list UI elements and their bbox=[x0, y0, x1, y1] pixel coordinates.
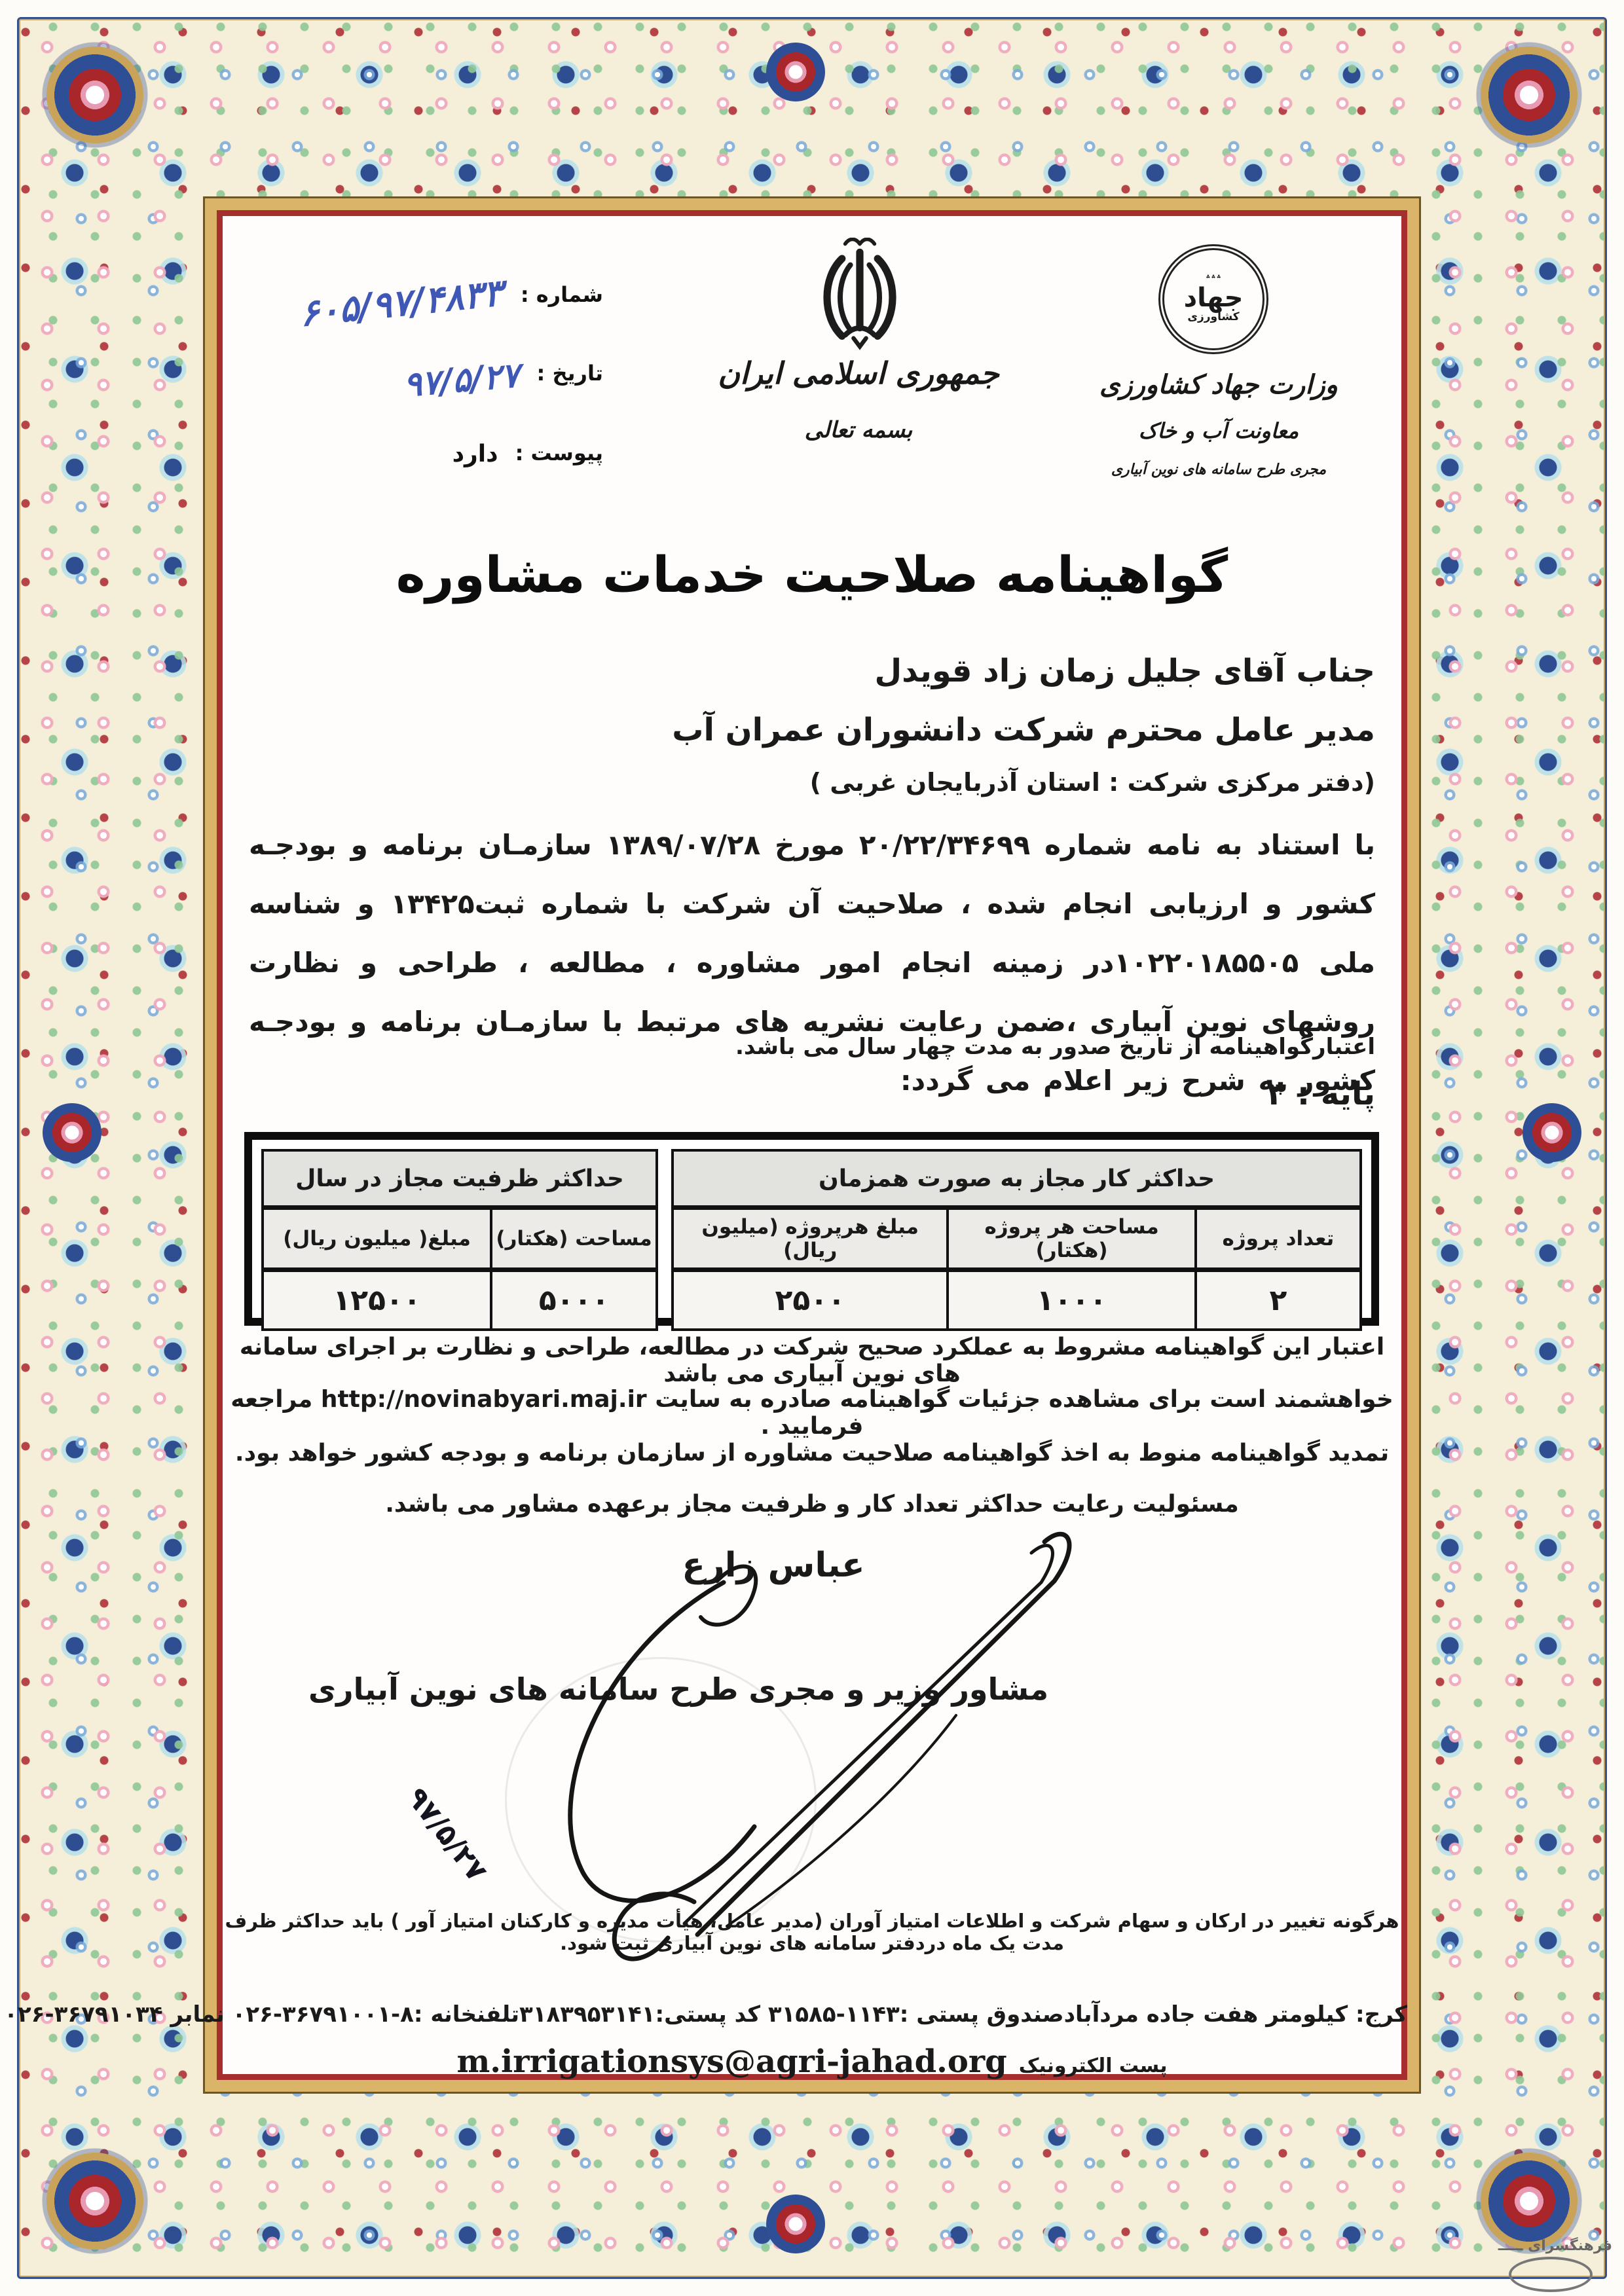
border-ornament bbox=[43, 1103, 101, 1162]
footer-address: کرج: کیلومتر هفت جاده مردآبادصندوق پستی … bbox=[217, 2001, 1407, 2028]
col-header-annual-amount: مبلغ( میلیون ریال) bbox=[263, 1208, 491, 1270]
simultaneous-work-table: حداکثر کار مجاز به صورت همزمان تعداد پرو… bbox=[671, 1149, 1362, 1331]
capacity-table: حداکثر کار مجاز به صورت همزمان تعداد پرو… bbox=[244, 1132, 1379, 1326]
note-renewal: تمدید گواهینامه منوط به اخذ گواهینامه صل… bbox=[230, 1440, 1394, 1467]
date-label: تاریخ : bbox=[537, 361, 603, 386]
seal-word-keshavarzi: کشاورزی bbox=[1187, 312, 1239, 323]
value-annual-amount: ۱۲۵۰۰ bbox=[263, 1270, 491, 1330]
border-ornament bbox=[1522, 1103, 1581, 1162]
ref-number-row: شماره : ۶۰۵/۹۷/۴۸۳۳ bbox=[236, 282, 603, 325]
note-website: خواهشمند است برای مشاهده جزئیات گواهینام… bbox=[230, 1386, 1394, 1440]
grade-line: پایه : ۳ bbox=[1267, 1076, 1375, 1112]
change-registration-footnote: هرگونه تغییر در ارکان و سهام شرکت و اطلا… bbox=[223, 1910, 1401, 1954]
certificate-page: شماره : ۶۰۵/۹۷/۴۸۳۳ تاریخ : ۹۷/۵/۲۷ پیوس… bbox=[0, 0, 1624, 2296]
value-amount-per-project: ۲۵۰۰ bbox=[673, 1270, 948, 1330]
ministry-deputy: معاونت آب و خاک bbox=[1088, 418, 1350, 443]
bismillah: بسمه تعالی bbox=[734, 417, 983, 443]
country-name: جمهوری اسلامی ایران bbox=[675, 355, 1042, 391]
border-ornament bbox=[766, 2195, 825, 2253]
ministry-name: وزارت جهاد کشاورزی bbox=[1068, 370, 1369, 400]
number-label: شماره : bbox=[521, 282, 603, 307]
col-header-project-count: تعداد پروژه bbox=[1196, 1208, 1361, 1270]
col-header-annual-area: مساحت (هکتار) bbox=[491, 1208, 657, 1270]
table-group-header-left: حداکثر ظرفیت مجاز در سال bbox=[263, 1150, 657, 1208]
border-ornament bbox=[39, 2145, 151, 2257]
col-header-amount-per-project: مبلغ هرپروژه (میلیون ریال) bbox=[673, 1208, 948, 1270]
border-ornament bbox=[766, 43, 825, 101]
printer-logo-partial bbox=[1509, 2257, 1593, 2292]
iran-emblem-icon bbox=[806, 238, 913, 353]
printer-mark: فرهنگسرای ـــــ bbox=[1481, 2238, 1612, 2292]
value-area-per-project: ۱۰۰۰ bbox=[948, 1270, 1195, 1330]
attachment-value: دارد bbox=[452, 441, 498, 467]
date-handwritten-value: ۹۷/۵/۲۷ bbox=[402, 355, 521, 405]
ministry-subline: مجری طرح سامانه های نوین آبیاری bbox=[1081, 462, 1356, 478]
seal-word-jahad: جهاد bbox=[1184, 284, 1244, 312]
attachment-label: پیوست : bbox=[515, 441, 603, 465]
signature-flourish bbox=[386, 1519, 1153, 1971]
value-annual-area: ۵۰۰۰ bbox=[491, 1270, 657, 1330]
note-validity-condition: اعتبار این گواهینامه مشروط به عملکرد صحی… bbox=[230, 1334, 1394, 1387]
footer-email-row: پست الکترونیک m.irrigationsys@agri-jahad… bbox=[217, 2043, 1407, 2080]
recipient-name: جناب آقای جلیل زمان زاد قویدل bbox=[874, 653, 1375, 689]
recipient-role: مدیر عامل محترم شرکت دانشوران عمران آب bbox=[672, 712, 1375, 748]
value-project-count: ۲ bbox=[1196, 1270, 1361, 1330]
number-handwritten-value: ۶۰۵/۹۷/۴۸۳۳ bbox=[298, 272, 506, 335]
certificate-sheet: شماره : ۶۰۵/۹۷/۴۸۳۳ تاریخ : ۹۷/۵/۲۷ پیوس… bbox=[205, 198, 1419, 2092]
annual-capacity-table: حداکثر ظرفیت مجاز در سال مساحت (هکتار) م… bbox=[261, 1149, 658, 1331]
note-responsibility: مسئولیت رعایت حداکثر تعداد کار و ظرفیت م… bbox=[230, 1491, 1394, 1518]
certificate-title: گواهینامه صلاحیت خدمات مشاوره bbox=[217, 545, 1407, 604]
border-ornament bbox=[39, 39, 151, 151]
attachment-row: پیوست : دارد bbox=[367, 441, 603, 467]
jihad-agriculture-seal-icon: ؞؞؞ جهاد کشاورزی bbox=[1158, 244, 1268, 354]
email-label: پست الکترونیک bbox=[1019, 2054, 1168, 2077]
email-address: m.irrigationsys@agri-jahad.org bbox=[457, 2043, 1007, 2080]
date-row: تاریخ : ۹۷/۵/۲۷ bbox=[256, 361, 603, 400]
body-paragraph: با استناد به نامه شماره ۲۰/۲۲/۳۴۶۹۹ مورخ… bbox=[249, 816, 1375, 1110]
border-ornament bbox=[1473, 39, 1585, 151]
validity-note: اعتبارگواهینامه از تاریخ صدور به مدت چها… bbox=[735, 1034, 1375, 1060]
printer-mark-text: فرهنگسرای ـــــ bbox=[1481, 2238, 1612, 2254]
table-group-header-right: حداکثر کار مجاز به صورت همزمان bbox=[673, 1150, 1361, 1208]
recipient-office: (دفتر مرکزی شرکت : استان آذربایجان غربی … bbox=[810, 768, 1375, 797]
col-header-area-per-project: مساحت هر پروژه (هکتار) bbox=[948, 1208, 1195, 1270]
